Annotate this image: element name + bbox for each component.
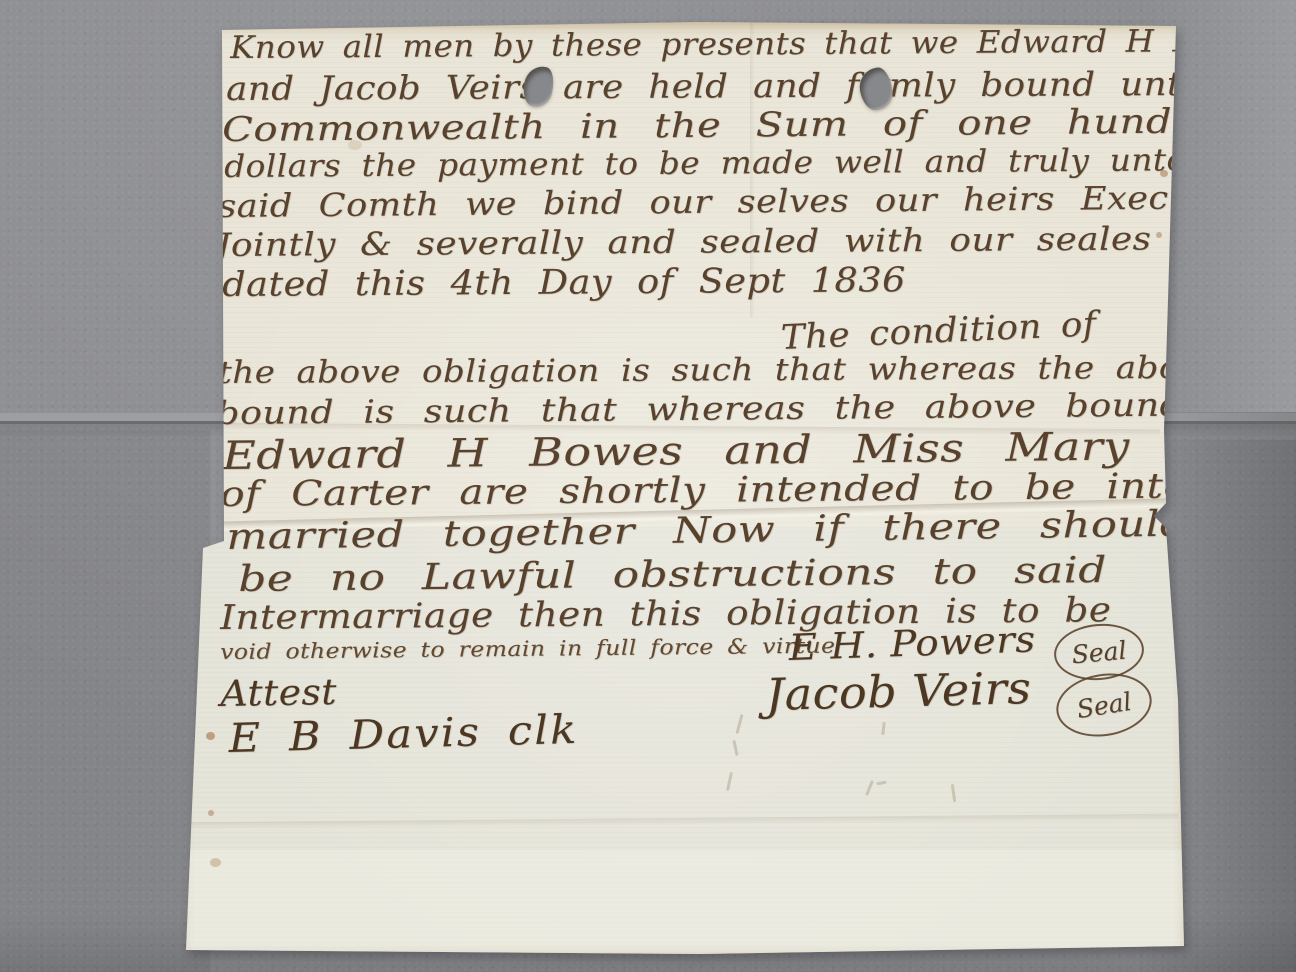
doc-line-6: Jointly & severally and sealed with our …: [216, 219, 1244, 264]
attest-label: Attest: [220, 672, 337, 715]
seal-label: Seal: [1070, 635, 1127, 669]
doc-line-date: dated this 4th Day of Sept 1836: [222, 260, 906, 305]
ink-bleedthrough-mark: [732, 740, 738, 756]
ink-bleedthrough-mark: [865, 780, 874, 796]
doc-line-closing: void otherwise to remain in full force &…: [220, 634, 836, 664]
doc-line-9: the above obligation is such that wherea…: [218, 350, 1220, 391]
signature-veirs: Jacob Veirs: [765, 663, 1032, 721]
seal-label: Seal: [1075, 686, 1134, 723]
paper-sheet: Know all men by these presents that we E…: [180, 22, 1188, 956]
doc-line-5: said Comth we bind our selves our heirs …: [218, 178, 1264, 225]
ink-bleedthrough-mark: [951, 784, 956, 802]
document-paper: Know all men by these presents that we E…: [180, 22, 1188, 956]
lighting-shade-left: [0, 430, 210, 972]
seal-circle-veirs: Seal: [1052, 667, 1157, 743]
doc-line-1: Know all men by these presents that we E…: [230, 23, 1286, 66]
handwritten-text-layer: Know all men by these presents that we E…: [180, 22, 1188, 956]
signature-powers: E H. Powers: [788, 619, 1036, 669]
ink-bleedthrough-mark: [735, 714, 743, 734]
witness-signature: E B Davis clk: [228, 707, 579, 762]
ink-bleedthrough-mark: [881, 722, 885, 735]
photo-scene: Know all men by these presents that we E…: [0, 0, 1296, 972]
ink-bleedthrough-mark: [726, 772, 733, 791]
ink-bleedthrough-mark: [876, 781, 886, 786]
